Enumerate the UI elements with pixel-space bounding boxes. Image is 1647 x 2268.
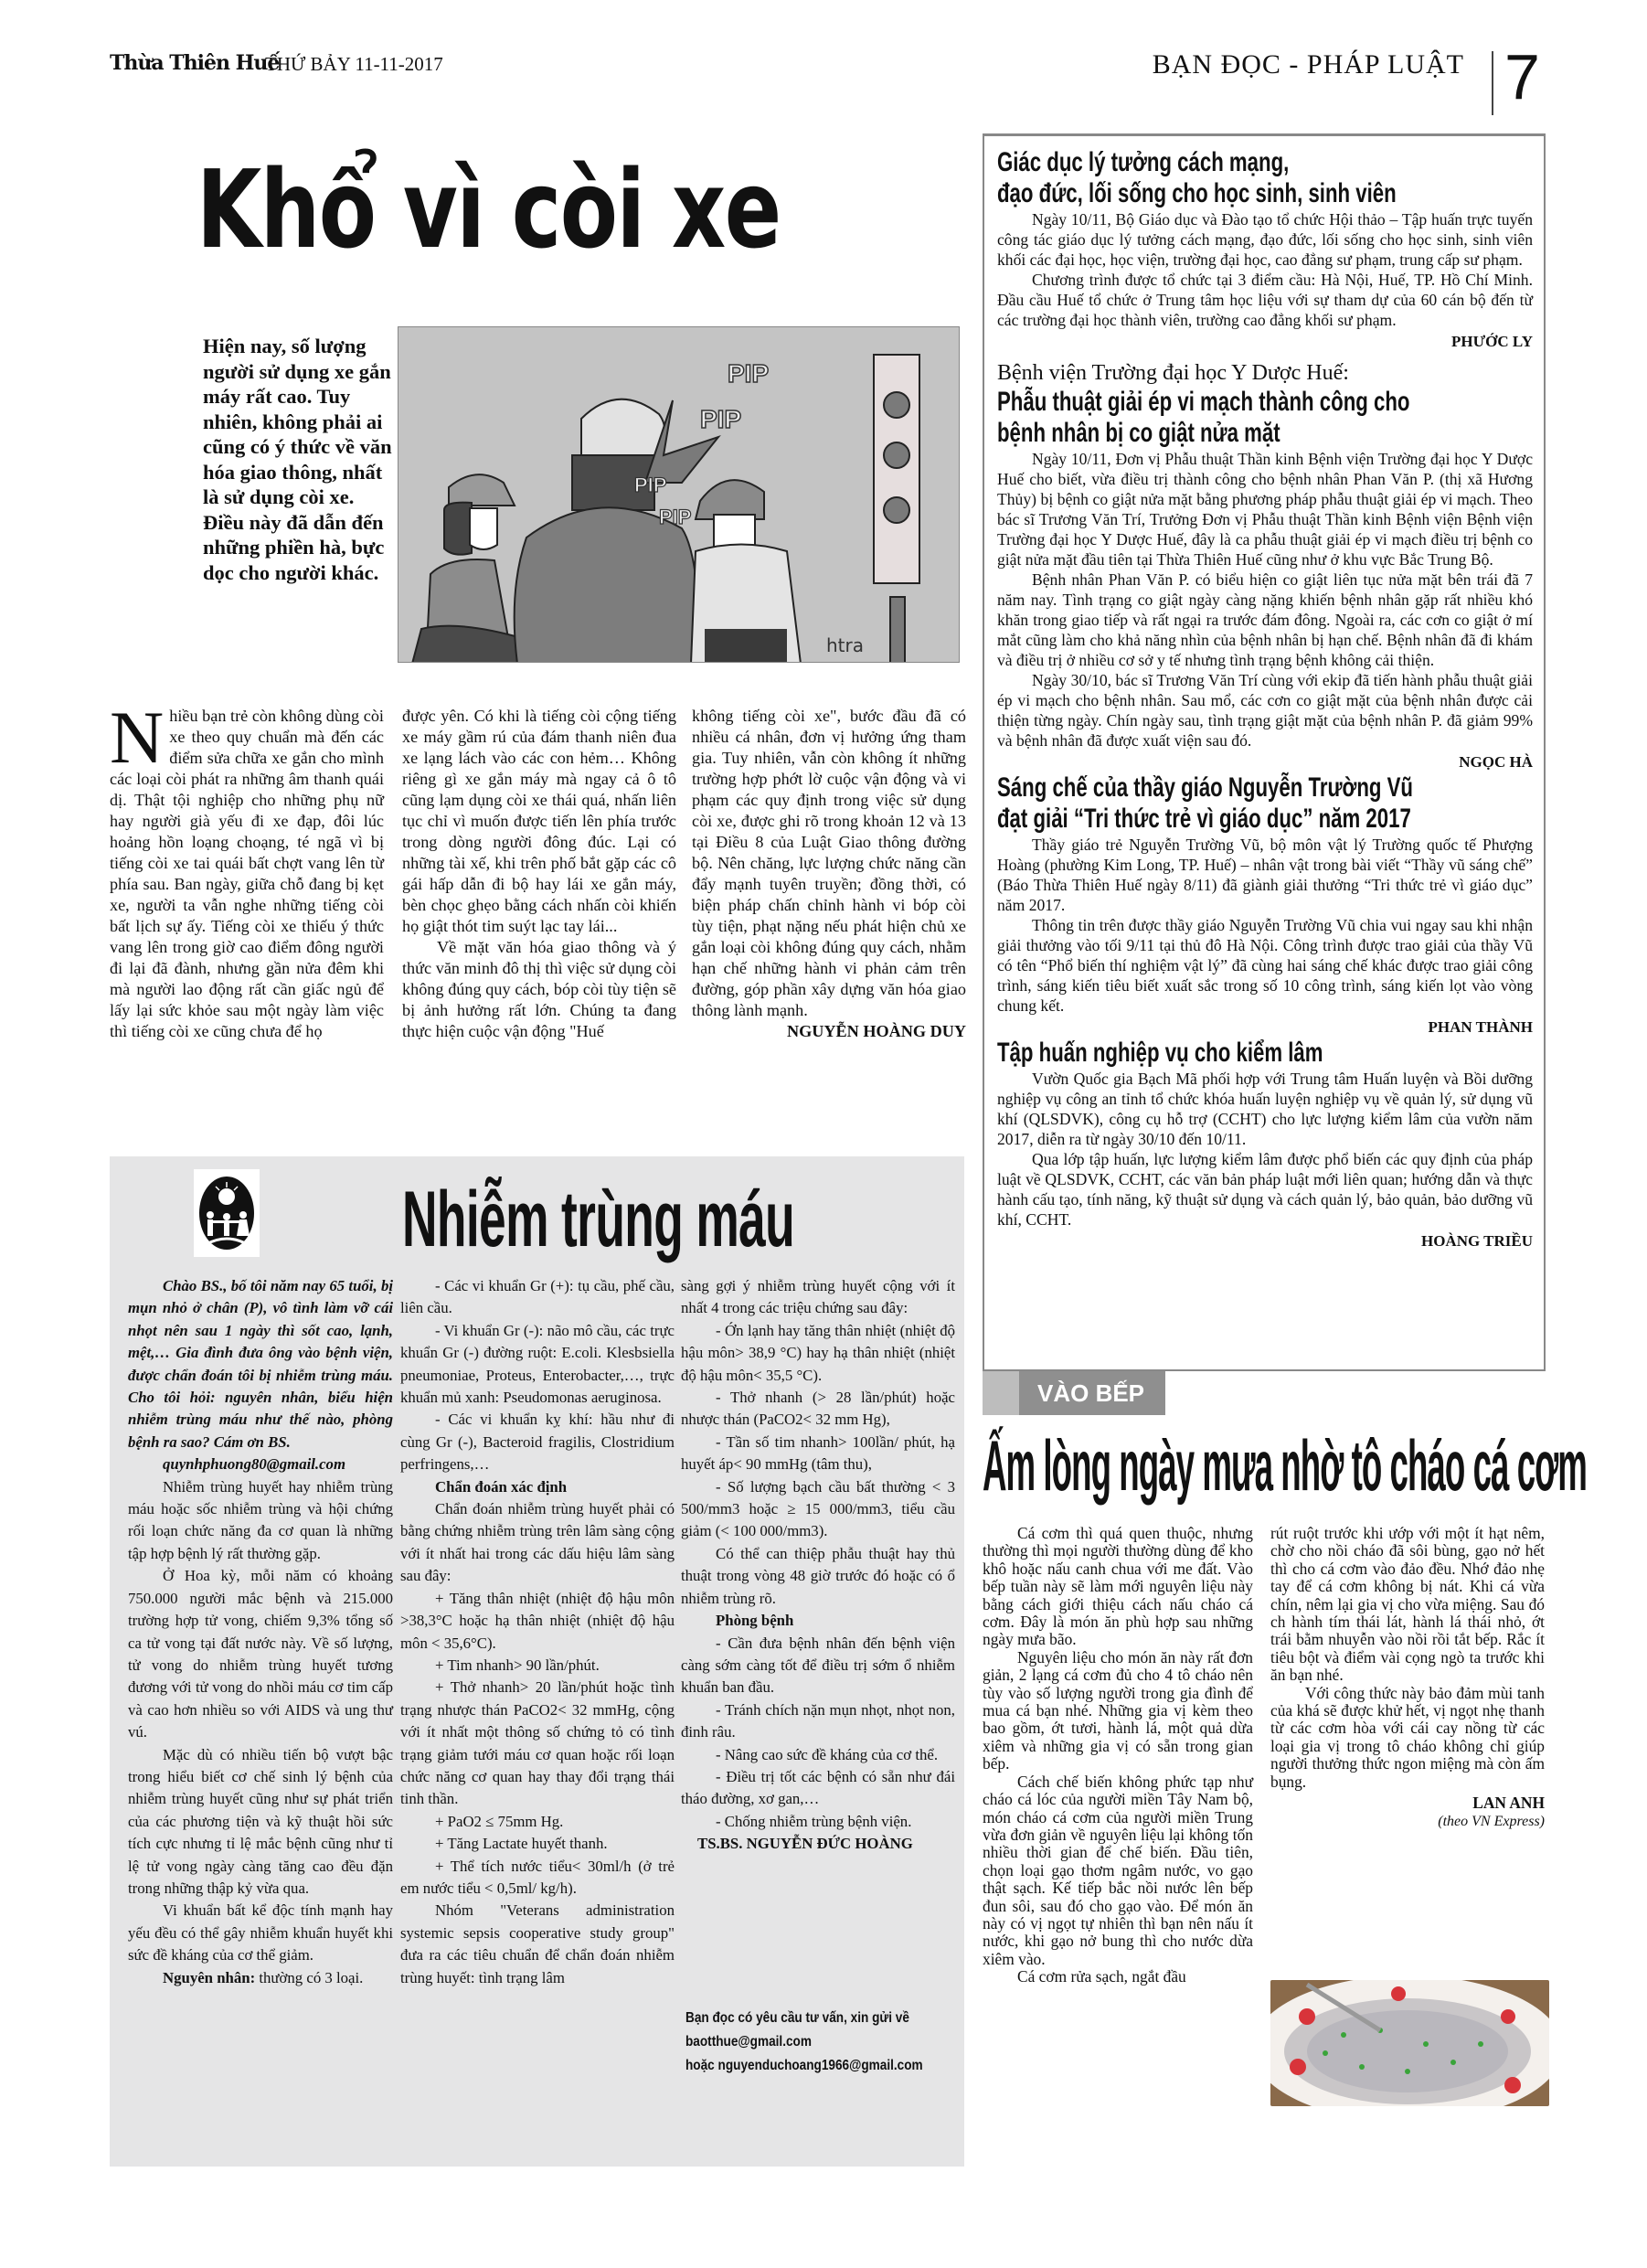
diagnosis-para: Nhóm "Veterans administration systemic s… — [400, 1900, 675, 1989]
recipe-source: (theo VN Express) — [1270, 1813, 1545, 1830]
criteria-para: Có thể can thiệp phẫu thuật hay thủ thuậ… — [681, 1543, 955, 1610]
sfx-pip-1: PIP — [728, 359, 769, 388]
lead-column-2: được yên. Có khi là tiếng còi cộng tiếng… — [402, 706, 676, 1042]
diagnosis-heading: Chẩn đoán xác định — [400, 1476, 675, 1498]
diagnosis-para: + Tăng Lactate huyết thanh. — [400, 1833, 675, 1855]
recipe-byline: LAN ANH — [1270, 1794, 1545, 1812]
contact-or: hoặc — [685, 2058, 718, 2073]
recipe-para: Cách chế biến không phức tạp như cháo cá… — [983, 1773, 1253, 1968]
diagnosis-para: Chẩn đoán nhiễm trùng huyết phải có bằng… — [400, 1498, 675, 1588]
svg-text:PIP: PIP — [700, 405, 741, 433]
brief-title: Phẫu thuật giải ép vi mạch thành công ch… — [997, 387, 1532, 418]
brief-para: Thầy giáo trẻ Nguyễn Trường Vũ, bộ môn v… — [997, 835, 1533, 915]
criteria-para: sàng gợi ý nhiễm trùng huyết cộng với ít… — [681, 1275, 955, 1320]
brief-para: Qua lớp tập huấn, lực lượng kiểm lâm đượ… — [997, 1149, 1533, 1230]
lead-col2-p1: được yên. Có khi là tiếng còi cộng tiếng… — [402, 706, 676, 937]
lead-column-1: Nhiều bạn trẻ còn không dùng còi xe theo… — [110, 706, 384, 1042]
health-advice-box: Nhiễm trùng máu Chào BS., bố tôi năm nay… — [110, 1156, 964, 2167]
recipe-column-1: Cá cơm thì quá quen thuộc, nhưng thường … — [983, 1525, 1253, 1986]
lead-headline: Khổ vì còi xe — [197, 146, 781, 272]
publication-date: THỨ BẢY 11-11-2017 — [265, 53, 443, 76]
cartoon-image: PIP PIP PIP PIP htra — [398, 327, 960, 663]
brief-byline: PHAN THÀNH — [997, 1017, 1533, 1038]
brief-para: Ngày 10/11, Bộ Giáo dục và Đào tạo tổ ch… — [997, 209, 1533, 270]
brief-byline: HOÀNG TRIỀU — [997, 1231, 1533, 1251]
recipe-para: rút ruột trước khi ướp với một ít hạt nê… — [1270, 1525, 1545, 1685]
cause-label: Nguyên nhân: — [163, 1969, 255, 1986]
contact-info: Bạn đọc có yêu cầu tư vấn, xin gửi về ba… — [685, 2007, 919, 2078]
health-column-1: Chào BS., bố tôi năm nay 65 tuổi, bị mụn… — [128, 1275, 393, 1989]
prevention-item: - Cần đưa bệnh nhân đến bệnh viện càng s… — [681, 1633, 955, 1699]
prevention-heading: Phòng bệnh — [681, 1610, 955, 1632]
brief-para: Ngày 30/10, bác sĩ Trương Văn Trí cùng v… — [997, 670, 1533, 751]
recipe-headline: Ấm lòng ngày mưa nhờ tô cháo cá cơm — [983, 1424, 1587, 1507]
diagnosis-para: + PaO2 ≤ 75mm Hg. — [400, 1811, 675, 1833]
lead-byline: NGUYỄN HOÀNG DUY — [692, 1021, 966, 1042]
brief-para: Ngày 10/11, Đơn vị Phẫu thuật Thần kinh … — [997, 449, 1533, 570]
reader-email: quynhphuong80@gmail.com — [128, 1453, 393, 1475]
reader-question: Chào BS., bố tôi năm nay 65 tuổi, bị mụn… — [128, 1275, 393, 1453]
health-column-2: - Các vi khuẩn Gr (+): tụ cầu, phế cầu, … — [400, 1275, 675, 1989]
contact-prompt: Bạn đọc có yêu cầu tư vấn, xin gửi về — [685, 2007, 919, 2030]
health-para: Nhiễm trùng huyết hay nhiễm trùng máu ho… — [128, 1476, 393, 1566]
cause-item: - Vi khuẩn Gr (-): não mô cầu, các trực … — [400, 1320, 675, 1410]
brief-title: Sáng chế của thầy giáo Nguyễn Trường Vũ — [997, 772, 1532, 804]
svg-text:PIP: PIP — [634, 474, 666, 496]
porridge-image — [1270, 1980, 1549, 2106]
brief-para: Chương trình được tổ chức tại 3 điểm cầu… — [997, 270, 1533, 330]
news-briefs-box: Giác dục lý tưởng cách mạng, đạo đức, lố… — [983, 133, 1546, 1371]
diagnosis-para: + Tăng thân nhiệt (nhiệt độ hậu môn >38,… — [400, 1588, 675, 1655]
svg-text:PIP: PIP — [659, 506, 691, 528]
diagnosis-para: + Thở nhanh> 20 lần/phút hoặc tình trạng… — [400, 1677, 675, 1810]
section-tag: VÀO BẾP — [983, 1371, 1165, 1415]
diagnosis-para: + Tim nhanh> 90 lần/phút. — [400, 1655, 675, 1677]
brief-title: đạt giải “Tri thức trẻ vì giáo dục” năm … — [997, 804, 1532, 835]
recipe-para: Nguyên liệu cho món ăn này rất đơn giản,… — [983, 1649, 1253, 1773]
lead-col3-text: không tiếng còi xe", bước đầu đã có nhiề… — [692, 706, 966, 1021]
page-number: 7 — [1504, 40, 1540, 113]
lead-sapo: Hiện nay, số lượng người sử dụng xe gắn … — [203, 334, 395, 585]
recipe-para: Cá cơm rửa sạch, ngắt đầu — [983, 1968, 1253, 1986]
contact-email-link-2[interactable]: nguyenduchoang1966@gmail.com — [718, 2058, 923, 2073]
brief-article: Tập huấn nghiệp vụ cho kiểm lâm Vườn Quố… — [997, 1038, 1533, 1251]
cause-item: - Các vi khuẩn Gr (+): tụ cầu, phế cầu, … — [400, 1275, 675, 1320]
criteria-para: - Thở nhanh (> 28 lần/phút) hoặc nhược t… — [681, 1387, 955, 1432]
lead-col2-p2: Về mặt văn hóa giao thông và ý thức văn … — [402, 937, 676, 1042]
prevention-item: - Điều trị tốt các bệnh có sẵn như đái t… — [681, 1766, 955, 1811]
dropcap: N — [110, 708, 164, 768]
health-para: Ở Hoa kỳ, mỗi năm có khoảng 750.000 ngườ… — [128, 1565, 393, 1743]
section-tag-label: VÀO BẾP — [1019, 1371, 1165, 1415]
header-divider — [1492, 51, 1493, 115]
contact-email-link[interactable]: baotthue@gmail.com — [685, 2030, 919, 2054]
health-para: Vi khuẩn bất kể độc tính mạnh hay yếu đề… — [128, 1900, 393, 1966]
brief-title: bệnh nhân bị co giật nửa mặt — [997, 418, 1532, 449]
health-para: Mặc dù có nhiều tiến bộ vượt bậc trong h… — [128, 1744, 393, 1901]
brief-article: Giác dục lý tưởng cách mạng, đạo đức, lố… — [997, 147, 1533, 352]
porridge-photo — [1270, 1980, 1549, 2106]
brief-byline: PHƯỚC LY — [997, 332, 1533, 352]
recipe-para: Cá cơm thì quá quen thuộc, nhưng thường … — [983, 1525, 1253, 1649]
criteria-para: - Số lượng bạch cầu bất thường < 3 500/m… — [681, 1476, 955, 1543]
health-column-3: sàng gợi ý nhiễm trùng huyết cộng với ít… — [681, 1275, 955, 1856]
family-logo-icon — [194, 1169, 260, 1257]
brief-byline: NGỌC HÀ — [997, 752, 1533, 772]
cartoon-illustration: PIP PIP PIP PIP htra — [398, 326, 960, 663]
brief-para: Thông tin trên được thầy giáo Nguyễn Trư… — [997, 915, 1533, 1016]
brief-para: Vườn Quốc gia Bạch Mã phối hợp với Trung… — [997, 1069, 1533, 1149]
prevention-item: - Chống nhiễm trùng bệnh viện. — [681, 1811, 955, 1833]
prevention-item: - Tránh chích nặn mụn nhọt, nhọt non, đi… — [681, 1699, 955, 1744]
cause-item: - Các vi khuẩn kỵ khí: hầu như đi cùng G… — [400, 1409, 675, 1475]
health-column-logo — [194, 1169, 260, 1257]
recipe-column-2: rút ruột trước khi ướp với một ít hạt nê… — [1270, 1525, 1545, 1830]
brief-article: Bệnh viện Trường đại học Y Dược Huế: Phẫ… — [997, 359, 1533, 772]
section-name: BẠN ĐỌC - PHÁP LUẬT — [1153, 49, 1464, 80]
criteria-para: - Ớn lạnh hay tăng thân nhiệt (nhiệt độ … — [681, 1320, 955, 1387]
brief-title: Giác dục lý tưởng cách mạng, — [997, 147, 1532, 178]
artist-signature: htra — [826, 634, 864, 656]
brief-article: Sáng chế của thầy giáo Nguyễn Trường Vũ … — [997, 772, 1533, 1038]
lead-column-3: không tiếng còi xe", bước đầu đã có nhiề… — [692, 706, 966, 1042]
cause-text: thường có 3 loại. — [255, 1969, 363, 1986]
brief-kicker: Bệnh viện Trường đại học Y Dược Huế: — [997, 359, 1533, 387]
health-headline: Nhiễm trùng máu — [402, 1175, 794, 1265]
recipe-para: Với công thức này bảo đảm mùi tanh của k… — [1270, 1685, 1545, 1791]
masthead: Thừa Thiên Huế — [110, 51, 279, 75]
diagnosis-para: + Thể tích nước tiểu< 30ml/h (ở trẻ em n… — [400, 1856, 675, 1901]
brief-para: Bệnh nhân Phan Văn P. có biểu hiện co gi… — [997, 570, 1533, 670]
criteria-para: - Tần số tim nhanh> 100lần/ phút, hạ huy… — [681, 1432, 955, 1476]
health-byline: TS.BS. NGUYỄN ĐỨC HOÀNG — [681, 1833, 955, 1855]
prevention-item: - Nâng cao sức đề kháng của cơ thể. — [681, 1744, 955, 1766]
brief-title: đạo đức, lối sống cho học sinh, sinh viê… — [997, 178, 1532, 209]
brief-title: Tập huấn nghiệp vụ cho kiểm lâm — [997, 1038, 1532, 1069]
